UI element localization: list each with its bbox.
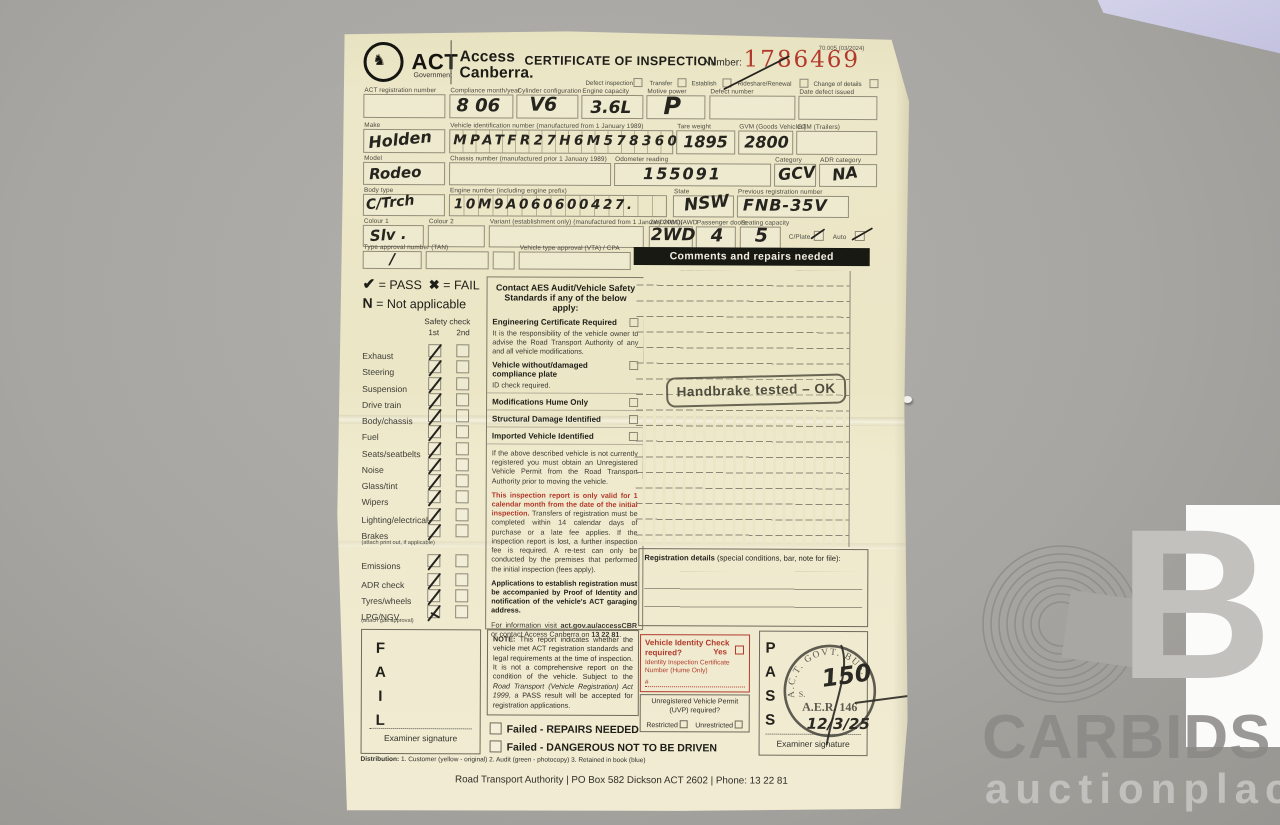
aes-title: Contact AES Audit/Vehicle Safety Standar… [492,282,638,313]
note-box: NOTE: This report indicates whether the … [487,629,639,716]
safety-check-header: Safety check [424,317,470,326]
comments-ruled-area [635,270,850,547]
registration-details-label: Registration details (special conditions… [644,553,862,563]
aes-establish-text: Applications to establish registration m… [491,578,637,616]
pen-strike [855,694,921,703]
certificate-title: CERTIFICATE OF INSPECTION [525,54,717,69]
make-box: Holden [363,129,445,153]
vic-subtext: Identity Inspection Certificate Number (… [645,659,745,676]
handwritten-value: GCV [777,162,816,184]
check-2nd [456,425,469,438]
checkbox [735,720,743,728]
na-letter: N [362,295,372,311]
auto-label: Auto [833,234,847,241]
lavender-paper-corner [1090,0,1280,58]
failed-repairs-line: Failed - REPAIRS NEEDED [507,723,639,736]
item-label: Wipers [362,497,389,507]
checklist-row: Suspension [362,379,486,394]
pass-tick [428,490,442,507]
handwritten-value: Slv . [369,225,407,245]
aes-id-check: ID check required. [492,380,638,390]
handwritten-value: 4 [711,225,724,246]
distribution-line: Distribution: 1. Customer (yellow - orig… [361,756,646,764]
odometer-box: 155091 [614,163,771,187]
check-1st [428,490,441,503]
aes-mods-hume: Modifications Hume Only [492,397,638,407]
check-1st [428,344,441,357]
defect-number-box [709,95,795,119]
check-2nd [456,458,469,471]
checkbox [869,79,878,88]
check-1st [427,589,440,602]
footer-address: Road Transport Authority | PO Box 582 Di… [334,774,908,788]
cylinder-box: V6 [516,95,578,119]
fail-word: FAIL [372,640,389,736]
check-1st [428,393,441,406]
item-label: Drive train [362,400,401,410]
item-label: Noise [362,465,384,475]
check-1st [428,409,441,422]
item-label: Suspension [362,384,407,394]
check-1st [428,377,441,390]
checklist-row: Exhaust [362,346,486,361]
previous-rego-box: FNB-35V [737,195,849,217]
aes-eng-cert-text: It is the responsibility of the vehicle … [492,328,638,356]
divider [487,392,643,394]
handwritten-value: 155091 [643,164,722,183]
tare-box: 1895 [676,130,735,154]
check-2nd [455,524,468,537]
aes-audit-panel: Contact AES Audit/Vehicle Safety Standar… [485,276,645,630]
fail-box: FAIL Examiner signature [361,629,482,755]
checkbox [633,78,642,87]
stamp-handwritten-value: 150 [820,658,873,693]
pass-tick [428,360,442,377]
category-box: GCV [774,164,816,187]
checklist-row: Emissions [361,556,485,571]
drive-box: 2WD [649,226,693,248]
engine-capacity-box: 3.6L [581,95,643,119]
item-label: Glass/tint [362,481,398,491]
handwritten-value: NA [831,162,859,184]
handwritten-value: 10M9A060600427. [454,196,635,213]
uvp-restricted: Restricted [646,720,688,729]
check-1st [427,524,440,537]
type-rideshare-renewal: Rideshare/Renewal [737,80,791,87]
pass-tick [428,393,442,410]
date-defect-box [798,96,877,120]
item-note: (attach print out, if applicable) [361,540,434,546]
passenger-doors-box: 4 [696,226,736,248]
divider [487,409,643,411]
uvp-box: Unregistered Vehicle Permit (UVP) requir… [640,694,750,732]
legend-na: N = Not applicable [362,295,466,311]
examiner-signature-label: Examiner signature [362,733,480,744]
pass-tick [428,409,442,426]
ruled-lines [644,571,862,622]
pass-tick [428,344,442,361]
compliance-box: 8 06 [449,94,513,118]
gvm-box: 2800 [738,131,793,155]
brand-line1: Access [460,49,534,66]
item-label: ADR check [361,580,404,590]
type-defect-inspection: Defect inspection [585,80,632,87]
handwritten-value: 5 [755,225,768,247]
reg-number-box [363,94,445,118]
handwritten-value: 3.6L [590,98,631,118]
tan-box-3 [493,251,515,269]
failed-dangerous-line: Failed - DANGEROUS NOT TO BE DRIVEN [507,741,717,754]
vta-box [519,252,631,270]
pass-tick [428,425,442,442]
tan-box-2 [426,251,489,269]
checkbox [680,720,688,728]
col-2nd: 2nd [456,328,469,337]
access-canberra-logo: Access Canberra. [459,49,533,82]
handwritten-value: Holden [367,127,432,152]
checklist-row: Body/chassis [362,411,486,426]
pass-tick [427,524,441,541]
check-2nd [455,589,468,602]
checklist-row: Seats/seatbelts [362,444,486,459]
item-note: (attach gas approval) [361,618,414,624]
legend-pass: ✔ = PASS ✖ = FAIL [363,275,480,294]
handbrake-stamp: Handbrake tested – OK [666,373,847,407]
pass-tick [427,573,441,590]
divider [487,426,643,428]
check-2nd [456,344,469,357]
handwritten-value: C/Trch [365,193,415,214]
seating-capacity-box: 5 [740,227,781,249]
item-label: Fuel [362,432,379,442]
handwritten-value: FNB-35V [743,196,828,215]
motive-power-box: P [646,95,705,119]
pass-tick [427,554,441,571]
check-2nd [455,573,468,586]
tick-icon: ✔ [363,276,376,293]
vic-yes-checkbox [735,645,744,654]
item-label: Body/chassis [362,416,413,426]
uvp-unrestricted: Unrestricted [695,720,743,729]
col-1st: 1st [428,328,439,337]
stamp-handwritten-date: 12/3/25 [807,715,870,733]
item-label: Exhaust [362,351,393,361]
type-change-of-details: Change of details [813,81,861,88]
pass-tick [428,458,442,475]
check-1st [427,573,440,586]
item-label: Steering [362,367,394,377]
check-2nd [456,377,469,390]
vehicle-identity-check-box: Vehicle Identity Check required? Yes Ide… [640,634,750,692]
number-label: Number: [704,57,742,68]
note-text: NOTE: This report indicates whether the … [493,634,633,709]
checklist-row: Drive train [362,395,486,410]
check-2nd [456,409,469,422]
handwritten-value: 2800 [744,133,789,152]
aes-unregistered-text: If the above described vehicle is not cu… [492,448,638,486]
pass-tick [427,589,441,606]
checklist-row: Brakes(attach print out, if applicable) [361,526,485,541]
check-1st [428,458,441,471]
check-2nd [456,360,469,373]
check-2nd [456,474,469,487]
pass-tick [428,474,442,491]
check-1st [428,425,441,438]
type-transfer: Transfer [649,80,672,87]
field-label: Model [364,155,382,162]
item-label: Tyres/wheels [361,596,411,606]
item-label: Emissions [361,561,400,571]
check-2nd [456,442,469,455]
check-1st [428,508,441,521]
carbids-logo-b: B [1118,498,1273,712]
checkbox [490,722,502,734]
divider [487,443,643,445]
tan-box-1: / [363,251,422,269]
cross-icon: ✖ [429,277,440,292]
aes-structural: Structural Damage Identified [492,414,638,424]
checkbox [677,78,686,87]
check-2nd [455,554,468,567]
header-divider [450,40,451,84]
checklist-row: Lighting/electrical [362,510,486,525]
check-2nd [456,490,469,503]
body-type-box: C/Trch [363,194,445,216]
handwritten-value: Rodeo [369,163,422,183]
vin-box: MPATFR27H6M578360 [449,129,673,154]
adr-category-box: NA [819,164,877,187]
safety-checklist: Exhaust Steering Suspension Drive train … [361,346,486,627]
check-1st [427,605,440,618]
chassis-box [449,162,611,186]
vic-number-line: # [645,679,745,687]
uvp-options: Restricted Unrestricted [643,720,747,729]
registration-details-box: Registration details (special conditions… [638,548,868,627]
act-coat-of-arms-icon: ♞ [373,51,387,69]
vic-title: Vehicle Identity Check required? [645,638,745,658]
stamp-s: S. [799,690,805,699]
act-logo-subtext: Government [413,72,452,79]
examiner-round-stamp: A.C.T. GOVT. BUS. S. A.E.R. 146 150 12/3… [775,639,925,752]
check-1st [427,554,440,567]
check-1st [428,442,441,455]
checkbox [799,79,808,88]
checkbox [490,740,502,752]
handwritten-value: V6 [529,94,557,116]
photo-background: B CARBIDS auctionplace ♞ ACT Government … [0,0,1280,825]
checklist-row: Steering [362,362,486,377]
aes-imported: Imported Vehicle Identified [492,431,638,441]
brand-line2: Canberra. [459,66,533,83]
uvp-title: Unregistered Vehicle Permit (UVP) requir… [643,698,747,716]
type-establish: Establish [691,80,716,87]
aes-eng-cert: Engineering Certificate Required [492,317,638,327]
model-box: Rodeo [363,162,445,185]
handwritten-value: 2WD [651,225,696,245]
checklist-row: Glass/tint [362,476,486,491]
pass-tick [428,442,442,459]
gtm-box [796,131,877,155]
checklist-row: Tyres/wheels [361,591,485,606]
handwritten-value: P [663,92,681,120]
handwritten-value: 8 06 [456,95,500,116]
field-label: Make [364,122,380,129]
vic-yes-label: Yes [713,647,727,656]
check-2nd [455,605,468,618]
check-1st [428,474,441,487]
check-1st [428,360,441,373]
aes-no-plate: Vehicle without/damaged compliance plate [492,360,638,379]
inspection-certificate-paper: ♞ ACT Government Access Canberra. CERTIF… [334,29,911,814]
state-box: NSW [673,195,734,217]
handwritten-value: MPATFR27H6M578360 [453,132,680,149]
watermark-sub: auctionplace [985,765,1280,813]
cplate-label: C/Plate [789,234,811,241]
handwritten-value: 1895 [683,132,728,151]
item-label: Seats/seatbelts [362,449,421,459]
form-code: 70.005 (03/2024) [819,46,865,52]
checklist-row: Fuel [362,427,486,442]
stamp-aer: A.E.R. 146 [802,700,857,714]
checklist-row: LPG/NGV(attach gas approval) [361,607,485,622]
check-2nd [456,508,469,521]
handwritten-value: NSW [683,191,730,215]
pass-tick [428,508,442,525]
item-label: Lighting/electrical [362,515,428,525]
checklist-row: Wipers [362,492,486,507]
aes-validity-text: This inspection report is only valid for… [491,490,637,574]
check-2nd [456,393,469,406]
handwritten-value: / [390,250,396,268]
pass-tick [428,377,442,394]
engine-number-box: 10M9A060600427. [449,194,667,217]
checklist-row: Noise [362,460,486,475]
watermark-brand: CARBIDS [982,702,1271,773]
comments-header-bar: Comments and repairs needed [634,247,870,266]
checklist-row: ADR check [361,575,485,590]
